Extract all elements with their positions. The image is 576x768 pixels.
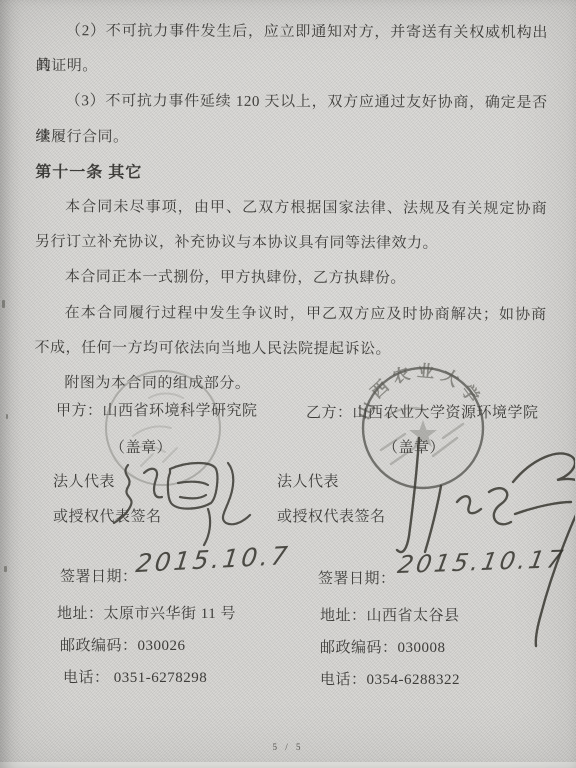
party-a-address: 地址：太原市兴华街 11 号	[57, 602, 236, 623]
party-b-sign-date-label: 签署日期：	[318, 567, 396, 588]
clause-line: 本合同未尽事项，由甲、乙双方根据国家法律、法规及有关规定协商	[35, 190, 547, 227]
clause-line: 本合同正本一式捌份，甲方执肆份，乙方执肆份。	[35, 260, 547, 297]
party-b-address: 地址：山西省太谷县	[320, 604, 460, 625]
party-a-name-line: 甲方：山西省环境科学研究院	[56, 399, 258, 420]
party-b-seal-note: （盖章）	[383, 436, 445, 457]
party-a-sign-date-label: 签署日期：	[60, 565, 138, 586]
scanned-contract-page: （2）不可抗力事件发生后，应立即通知对方，并寄送有关权威机构出具 的证明。 （3…	[0, 0, 576, 768]
scan-speck	[6, 414, 8, 419]
scan-edge-strip	[0, 762, 576, 768]
party-b-phone: 电话：0354-6288322	[320, 668, 460, 689]
party-b-handwritten-date: 2015.10.17	[396, 545, 568, 579]
clause-line: 附图为本合同的组成部分。	[34, 366, 546, 403]
clause-line: 在本合同履行过程中发生争议时，甲乙双方应及时协商解决；如协商	[35, 295, 547, 332]
clause-line: （2）不可抗力事件发生后，应立即通知对方，并寄送有关权威机构出具	[36, 14, 548, 51]
clause-line: 的证明。	[36, 49, 548, 86]
party-a-signature	[110, 445, 285, 550]
party-a-signature-label: 或授权代表签名	[53, 505, 162, 526]
party-a-handwritten-date: 2015.10.7	[134, 541, 292, 578]
clause-line: （3）不可抗力事件延续 120 天以上，双方应通过友好协商，确定是否继	[36, 84, 548, 121]
party-a-representative-label: 法人代表	[53, 470, 115, 491]
party-b-postcode: 邮政编码：030008	[320, 636, 446, 657]
party-b-name-line: 乙方：山西农业大学资源环境学院	[306, 401, 539, 422]
clause-line: 续履行合同。	[35, 120, 547, 157]
party-b-representative-label: 法人代表	[277, 470, 339, 491]
scan-speck	[2, 300, 5, 308]
contract-clauses: （2）不可抗力事件发生后，应立即通知对方，并寄送有关权威机构出具 的证明。 （3…	[34, 14, 548, 403]
clause-line: 不成，任何一方均可依法向当地人民法院提起诉讼。	[34, 331, 546, 368]
clause-line: 另行订立补充协议，补充协议与本协议具有同等法律效力。	[35, 225, 547, 262]
page-number: 5 / 5	[0, 742, 576, 752]
party-a-phone: 电话： 0351-6278298	[63, 666, 207, 687]
party-a-seal-note: （盖章）	[110, 436, 172, 457]
article-11-heading: 第十一条 其它	[35, 155, 547, 192]
party-b-signature-label: 或授权代表签名	[277, 505, 386, 526]
party-a-postcode: 邮政编码：030026	[60, 634, 186, 655]
scan-speck	[4, 566, 7, 572]
